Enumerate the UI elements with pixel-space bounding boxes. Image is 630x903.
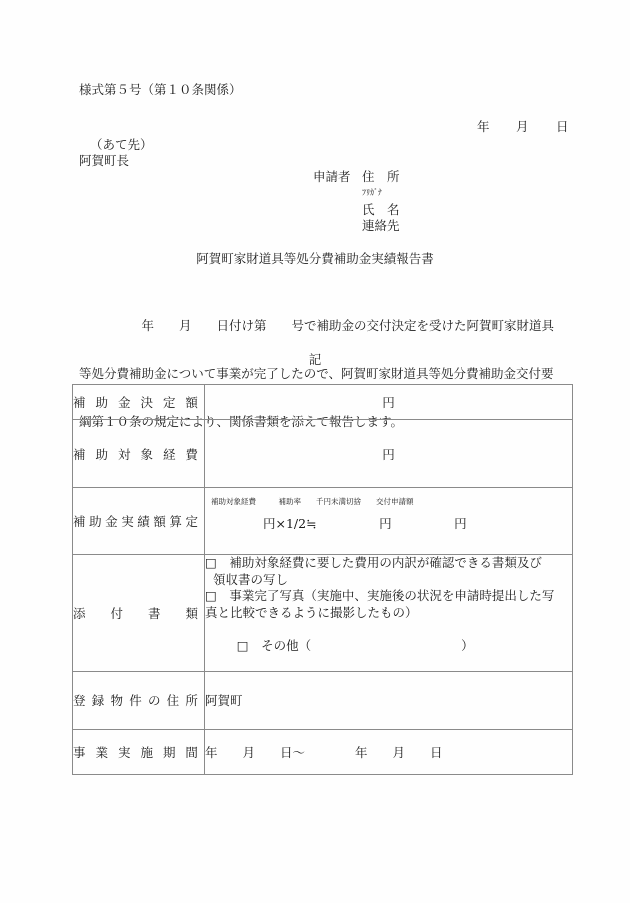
label-attachments: 添付書類 — [73, 555, 205, 672]
label-registered-property-address: 登録物件の住所 — [73, 671, 205, 729]
registered-property-address-field[interactable]: 阿賀町 — [205, 671, 573, 729]
table-row: 補助対象経費 円 — [73, 420, 573, 488]
table-row: 補助金決定額 円 — [73, 385, 573, 420]
form-number: 様式第５号（第１０条関係） — [79, 84, 242, 97]
date-day-label: 日 — [556, 121, 569, 134]
eligible-expenses-field[interactable]: 円 — [205, 420, 573, 488]
report-table: 補助金決定額 円 補助対象経費 円 補助金実績額算定 補助対象経費 補助率 千円… — [72, 384, 573, 775]
label-actual-amount-calculation: 補助金実績額算定 — [73, 488, 205, 555]
attachment-item-receipts[interactable]: □ 補助対象経費に要した費用の内訳が確認できる書類及び — [205, 555, 572, 572]
label-project-period: 事業実施期間 — [73, 729, 205, 774]
calc-formula: 円×1/2≒ 円 円 — [263, 514, 467, 532]
project-period-field[interactable]: 年 月 日～ 年 月 日 — [205, 729, 573, 774]
attachment-item-photos[interactable]: □ 事業完了写真（実施中、実施後の状況を申請時提出した写 — [205, 588, 572, 605]
checkbox-icon[interactable]: □ — [205, 555, 217, 570]
addressee: 阿賀町長 — [79, 155, 129, 168]
attachment-item-continuation: 領収書の写し — [205, 572, 572, 589]
date-month-label: 月 — [516, 121, 529, 134]
contact-label: 連絡先 — [362, 220, 400, 233]
label-eligible-expenses: 補助対象経費 — [73, 420, 205, 488]
subsidy-decision-amount-field[interactable]: 円 — [205, 385, 573, 420]
attachment-item-continuation: 真と比較できるように撮影したもの） — [205, 605, 572, 622]
document-title: 阿賀町家財道具等処分費補助金実績報告書 — [0, 253, 630, 266]
furigana-label: ﾌﾘｶﾞﾅ — [362, 189, 382, 197]
label-subsidy-decision-amount: 補助金決定額 — [73, 385, 205, 420]
body-line: 年 月 日付け第 号で補助金の交付決定を受けた阿賀町家財道具 — [79, 318, 554, 334]
table-row: 添付書類 □ 補助対象経費に要した費用の内訳が確認できる書類及び 領収書の写し … — [73, 555, 573, 672]
address-label: 住 所 — [362, 171, 400, 184]
body-line: 等処分費補助金について事業が完了したので、阿賀町家財道具等処分費補助金交付要 — [79, 366, 554, 382]
ki-heading: 記 — [0, 354, 630, 367]
attachments-list: □ 補助対象経費に要した費用の内訳が確認できる書類及び 領収書の写し □ 事業完… — [205, 555, 573, 672]
date-year-label: 年 — [477, 121, 490, 134]
actual-amount-calculation-field[interactable]: 補助対象経費 補助率 千円未満切捨 交付申請額 円×1/2≒ 円 円 — [205, 488, 573, 555]
table-row: 補助金実績額算定 補助対象経費 補助率 千円未満切捨 交付申請額 円×1/2≒ … — [73, 488, 573, 555]
applicant-label: 申請者 — [313, 171, 351, 184]
checkbox-icon[interactable]: □ — [205, 588, 217, 603]
attachment-item-other[interactable]: □ その他（ ） — [205, 621, 572, 671]
checkbox-icon[interactable]: □ — [237, 638, 249, 653]
calc-column-headers: 補助対象経費 補助率 千円未満切捨 交付申請額 — [211, 496, 414, 507]
table-row: 事業実施期間 年 月 日～ 年 月 日 — [73, 729, 573, 774]
table-row: 登録物件の住所 阿賀町 — [73, 671, 573, 729]
atesaki-label: （あて先） — [90, 139, 153, 152]
name-label: 氏 名 — [362, 204, 400, 217]
